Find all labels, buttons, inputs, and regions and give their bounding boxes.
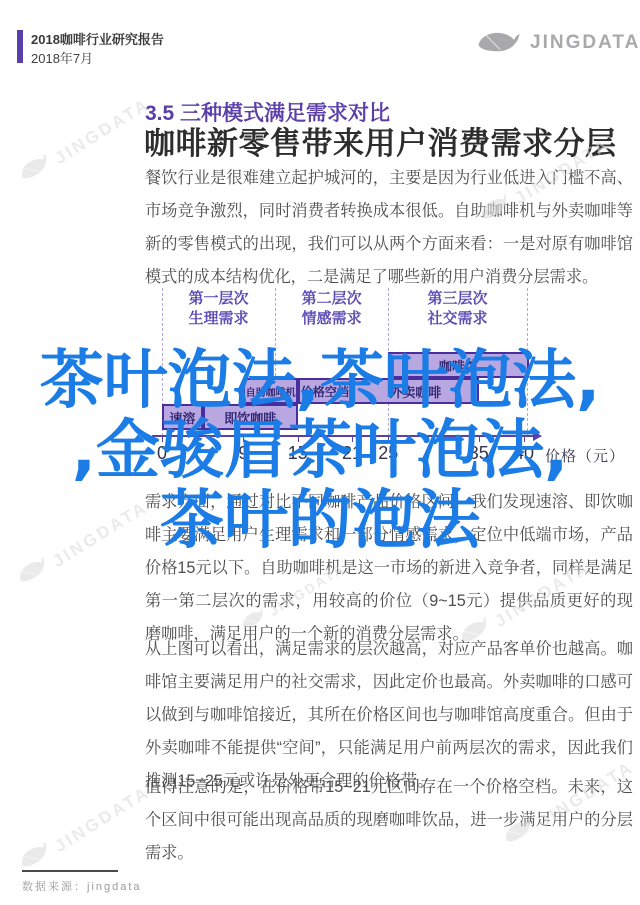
blue-watermark-line2: ,金骏眉茶叶泡法, (0, 416, 640, 486)
whale-icon (13, 554, 55, 593)
need-level-label: 第三层次社交需求 (397, 289, 517, 329)
blue-watermark-line1: 茶叶泡法,茶叶泡法, (0, 346, 640, 416)
blue-watermark-line3: 茶叶的泡法 (0, 486, 640, 556)
page-title: 咖啡新零售带来用户消费需求分层 (144, 118, 617, 163)
paragraph-intro: 餐饮行业是很难建立起护城河的，主要是因为行业低进入门槛不高、市场竞争激烈，同时消… (145, 162, 633, 294)
footer-divider (22, 870, 118, 872)
need-level-label: 第一层次生理需求 (159, 289, 279, 329)
report-page: JINGDATAJINGDATAJINGDATAJINGDATAJINGDATA… (0, 0, 640, 905)
brand-watermark: JINGDATA (15, 778, 154, 878)
jingdata-logo: JINGDATA (476, 30, 640, 56)
whale-icon (15, 151, 57, 190)
header-accent-bar (17, 30, 23, 63)
brand-watermark-text: JINGDATA (51, 782, 154, 856)
data-source: 数据来源：jingdata (22, 878, 142, 894)
brand-name: JINGDATA (530, 32, 640, 54)
brand-watermark: JINGDATA (15, 90, 154, 190)
whale-icon (15, 839, 57, 878)
paragraph-conclusion: 值得注意的是，在价格带15~21元区间存在一个价格空档。未来，这个区间中很可能出… (145, 771, 633, 870)
report-date: 2018年7月 (31, 48, 93, 67)
need-level-label: 第二层次情感需求 (272, 289, 392, 329)
blue-text-watermark: 茶叶泡法,茶叶泡法, ,金骏眉茶叶泡法, 茶叶的泡法 (0, 346, 640, 556)
whale-icon (476, 30, 520, 56)
brand-watermark-text: JINGDATA (51, 94, 154, 168)
report-title: 2018咖啡行业研究报告 (31, 29, 164, 48)
